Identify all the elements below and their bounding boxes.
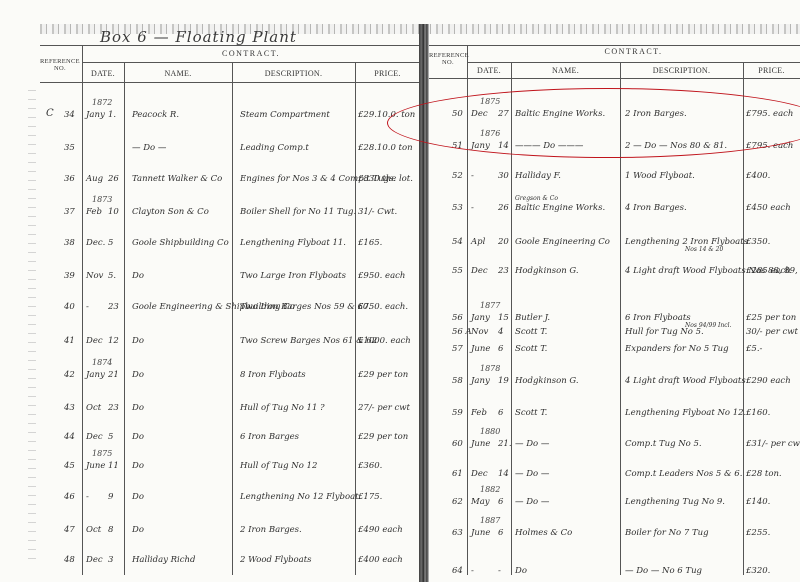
contract-description: Comp.t Tug No 5. xyxy=(625,439,702,449)
date-month: June xyxy=(471,528,490,538)
reference-number: 56 A xyxy=(452,327,472,337)
contractor-name: Goole Engineering Co xyxy=(515,237,610,247)
date-month: Jany xyxy=(471,141,490,151)
contractor-name: Do xyxy=(515,566,527,576)
contract-price: £285 each xyxy=(746,266,791,276)
contract-price: £795. each xyxy=(746,141,793,151)
contract-price: £320. xyxy=(746,566,770,576)
reference-number: 54 xyxy=(452,237,463,247)
date-day: 15 xyxy=(498,313,509,323)
reference-number: 56 xyxy=(452,313,463,323)
date-month: May xyxy=(471,497,490,507)
right-ledger-page: Reference No. Contract. Date. Name. Desc… xyxy=(0,0,800,582)
reference-number: 58 xyxy=(452,376,463,386)
date-day: 6 xyxy=(498,344,503,354)
date-month: Dec xyxy=(471,469,488,479)
date-month: Dec xyxy=(471,109,488,119)
contractor-name: — Do — xyxy=(515,497,549,507)
contractor-name: Butler J. xyxy=(515,313,550,323)
contract-description: Expanders for No 5 Tug xyxy=(625,344,729,354)
reference-number: 57 xyxy=(452,344,463,354)
contract-price: £255. xyxy=(746,528,770,538)
contract-description: Lengthening Flyboat No 12. xyxy=(625,408,746,418)
date-day: 26 xyxy=(498,203,509,213)
description-note: Nos 14 & 20 xyxy=(685,246,723,253)
date-month: June xyxy=(471,344,490,354)
year-label: 1876 xyxy=(480,129,500,138)
date-month: Dec xyxy=(471,266,488,276)
year-label: 1887 xyxy=(480,516,500,525)
date-month: Feb xyxy=(471,408,487,418)
year-label: 1878 xyxy=(480,364,500,373)
contract-description: Comp.t Leaders Nos 5 & 6. xyxy=(625,469,742,479)
date-day: 20 xyxy=(498,237,509,247)
year-label: 1880 xyxy=(480,427,500,436)
contract-description: — Do — No 6 Tug xyxy=(625,566,702,576)
contract-description: Boiler for No 7 Tug xyxy=(625,528,709,538)
contract-description: 4 Light draft Wood Flyboats xyxy=(625,376,746,386)
date-day: 27 xyxy=(498,109,509,119)
reference-number: 61 xyxy=(452,469,463,479)
date-month: Apl xyxy=(471,237,485,247)
right-header-price: Price. xyxy=(743,66,800,75)
contractor-name-note: Gregson & Co xyxy=(515,195,558,202)
date-month: - xyxy=(471,171,474,181)
date-day: 19 xyxy=(498,376,509,386)
contract-price: 30/- per cwt xyxy=(746,327,798,337)
date-month: Jany xyxy=(471,313,490,323)
contract-price: £450 each xyxy=(746,203,791,213)
right-header-name: Name. xyxy=(511,66,620,75)
date-month: Jany xyxy=(471,376,490,386)
reference-number: 53 xyxy=(452,203,463,213)
contractor-name: — Do — xyxy=(515,439,549,449)
date-day: 4 xyxy=(498,327,503,337)
date-day: 6 xyxy=(498,528,503,538)
contract-description: 6 Iron Flyboats xyxy=(625,313,691,323)
date-month: - xyxy=(471,566,474,576)
contractor-name: — Do — xyxy=(515,469,549,479)
contract-price: £160. xyxy=(746,408,770,418)
contractor-name: Holmes & Co xyxy=(515,528,572,538)
reference-number: 51 xyxy=(452,141,463,151)
contract-price: £795. each xyxy=(746,109,793,119)
contract-description: 1 Wood Flyboat. xyxy=(625,171,695,181)
reference-number: 50 xyxy=(452,109,463,119)
contract-price: £290 each xyxy=(746,376,791,386)
reference-number: 62 xyxy=(452,497,463,507)
reference-number: 55 xyxy=(452,266,463,276)
contract-price: £350. xyxy=(746,237,770,247)
date-day: 14 xyxy=(498,141,509,151)
contract-price: £5.- xyxy=(746,344,762,354)
reference-number: 64 xyxy=(452,566,463,576)
contract-price: £28 ton. xyxy=(746,469,782,479)
date-day: 30 xyxy=(498,171,509,181)
contract-description: 2 — Do — Nos 80 & 81. xyxy=(625,141,727,151)
contractor-name: Hodgkinson G. xyxy=(515,266,579,276)
reference-number: 60 xyxy=(452,439,463,449)
contractor-name: Baltic Engine Works. xyxy=(515,109,605,119)
date-day: 6 xyxy=(498,408,503,418)
right-header-contract: Contract. xyxy=(467,47,800,56)
date-month: - xyxy=(471,203,474,213)
year-label: 1875 xyxy=(480,97,500,106)
date-month: Nov xyxy=(471,327,488,337)
date-day: 14 xyxy=(498,469,509,479)
contract-price: £140. xyxy=(746,497,770,507)
contractor-name: Scott T. xyxy=(515,344,547,354)
contract-price: £400. xyxy=(746,171,770,181)
contract-description: Lengthening Tug No 9. xyxy=(625,497,725,507)
date-day: 6 xyxy=(498,497,503,507)
contractor-name: Hodgkinson G. xyxy=(515,376,579,386)
contract-price: £31/- per cwt xyxy=(746,439,800,449)
date-day: - xyxy=(498,566,501,576)
reference-number: 59 xyxy=(452,408,463,418)
date-day: 21. xyxy=(498,439,512,449)
right-header-date: Date. xyxy=(467,66,511,75)
contractor-name: Scott T. xyxy=(515,408,547,418)
contractor-name: Halliday F. xyxy=(515,171,561,181)
reference-number: 63 xyxy=(452,528,463,538)
contract-price: £25 per ton xyxy=(746,313,796,323)
contractor-name: Baltic Engine Works. xyxy=(515,203,605,213)
reference-number: 52 xyxy=(452,171,463,181)
contractor-name: ——— Do ——— xyxy=(515,141,583,151)
date-month: June xyxy=(471,439,490,449)
contract-description: Hull for Tug No 5. xyxy=(625,327,704,337)
contract-description: 2 Iron Barges. xyxy=(625,109,687,119)
contract-description: 4 Iron Barges. xyxy=(625,203,687,213)
right-header-description: Description. xyxy=(620,66,743,75)
right-header-reference: Reference No. xyxy=(429,52,467,66)
contractor-name: Scott T. xyxy=(515,327,547,337)
year-label: 1877 xyxy=(480,301,500,310)
date-day: 23 xyxy=(498,266,509,276)
year-label: 1882 xyxy=(480,485,500,494)
